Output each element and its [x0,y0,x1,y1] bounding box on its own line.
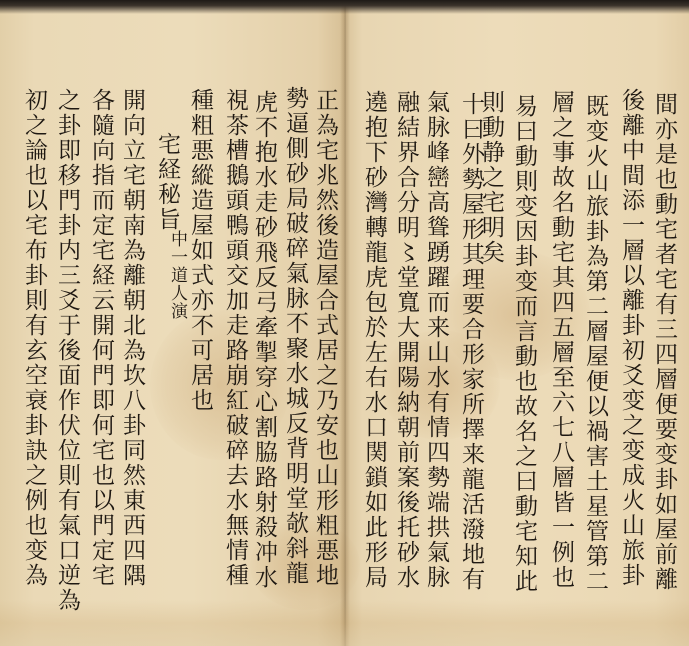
right-col-7: 十曰外勢屋形其理要合形家所擇来龍活潑地有 [459,92,482,592]
manuscript-spread: 間亦是也動宅者宅有三四層便要变卦如屋前離 後離中間添一層以離卦初爻变之变成火山旅… [0,0,689,646]
author-attribution: 中一道人演 [168,230,185,320]
right-col-5: 易曰動則变因卦变而言動也故名之曰動宅知此 [512,94,535,594]
left-col-4: 視茶槽鵝頭鴨頭交加走路崩紅破碎去水無情種 [223,88,246,588]
left-col-1: 正為宅兆然後造屋合式居之乃安也山形粗悪地 [313,88,336,588]
bottom-edge-wear [0,600,689,646]
left-col-5: 種粗悪縱造屋如式亦不可居也 [188,88,211,413]
right-col-3: 既变火山旅卦為第二層屋便以禍害土星管第二 [583,94,606,594]
right-col-8: 氣脉峰巒高聳踴躍而来山水有情四勢端拱氣脉 [424,90,447,590]
left-col-2: 勢逼側砂局破碎氣脉不聚水城反背明堂欹斜龍 [283,86,306,586]
left-col-10: 初之論也以宅布卦則有玄空衰卦訣之例也变為 [22,88,45,588]
right-col-2: 後離中間添一層以離卦初爻变之变成火山旅卦 [619,88,642,588]
left-col-9: 之卦即移門卦内三爻于後面作伏位則有氣口逆為 [55,88,78,613]
right-col-1: 間亦是也動宅者宅有三四層便要变卦如屋前離 [652,92,675,592]
top-edge-shadow [0,0,689,14]
center-fold [340,0,350,646]
left-col-7: 開向立宅朝南為離朝北為坎八卦同然東西四隅 [120,88,143,588]
right-col-9: 融結界合分明〻堂寬大開陽納朝前案後托砂水 [394,90,417,590]
right-col-10: 遶抱下砂灣轉龍虎包於左右水口関鎖如此形局 [362,90,385,590]
left-col-3: 虎不抱水走砂飛反弓牽掣穿心割脇路射殺冲水 [252,90,275,590]
book-title-column: 宅経秘旨 [155,132,178,232]
left-col-8: 各隨向指而定宅経云開何門即何宅也以門定宅 [89,88,112,588]
right-col-4: 層之事故名動宅其四五層至六七八層皆一例也 [549,90,572,590]
